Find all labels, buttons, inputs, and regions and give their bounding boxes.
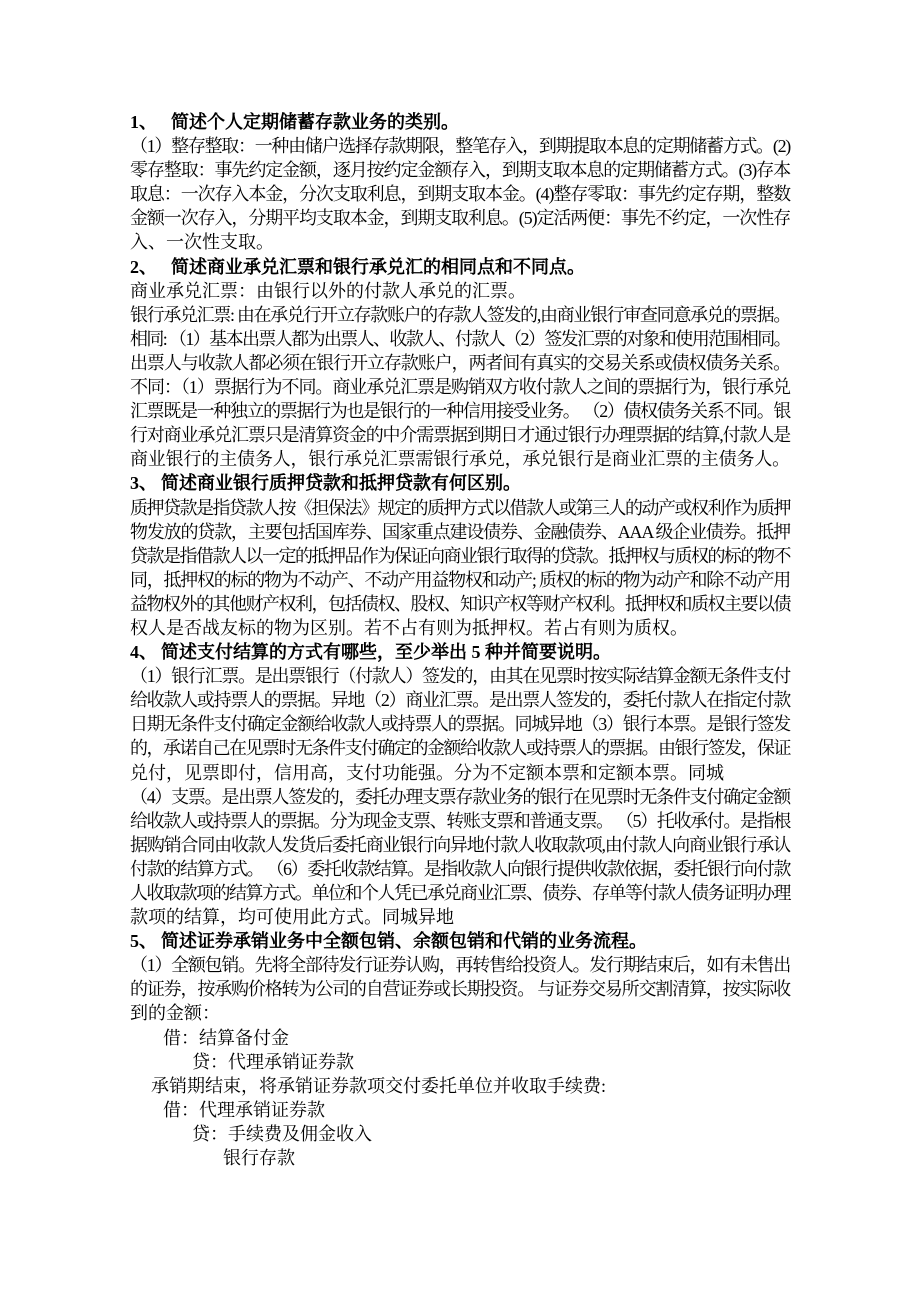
line-text: 出票人与收款人都必须在银行开立存款账户，两者间有真实的交易关系或债权债务关系。 <box>130 351 790 375</box>
line-text: 零存整取：事先约定金额，逐月按约定金额存入，到期支取本息的定期储蓄方式。(3)存… <box>130 158 790 182</box>
text-line: 的证券，按承购价格转为公司的自营证券或长期投资。 与证券交易所交割清算，按实际收 <box>130 977 790 1001</box>
document-page: 1、简述个人定期储蓄存款业务的类别。（1）整存整取：一种由储户选择存款期限，整笔… <box>0 0 920 1302</box>
text-line: 入、一次性支取。 <box>130 230 790 254</box>
ledger-line: 借：结算备付金 <box>130 1026 790 1050</box>
question-number: 5、 <box>130 929 157 953</box>
text-line: （1）银行汇票。是出票银行（付款人）签发的，由其在见票时按实际结算金额无条件支付 <box>130 664 790 688</box>
answer-paragraph: 不同：（1）票据行为不同。商业承兑汇票是购销双方收付款人之间的票据行为，银行承兑… <box>130 375 790 471</box>
qa-section-2: 2、简述商业承兑汇票和银行承兑汇的相同点和不同点。商业承兑汇票：由银行以外的付款… <box>130 255 790 472</box>
text-line: 款项的结算，均可使用此方式。同城异地 <box>130 905 790 929</box>
question-title: 简述支付结算的方式有哪些，至少举出 5 种并简要说明。 <box>161 642 611 662</box>
qa-section-3: 3、简述商业银行质押贷款和抵押贷款有何区别。质押贷款是指贷款人按《担保法》规定的… <box>130 471 790 640</box>
line-text: （4）支票。是出票人签发的，委托办理支票存款业务的银行在见票时无条件支付确定金额 <box>130 785 790 809</box>
line-text: 金额一次存入，分期平均支取本金，到期支取利息。(5)定活两便：事先不约定，一次性… <box>130 206 790 230</box>
line-text: 给收款人或持票人的票据。异地（2）商业汇票。是出票人签发的，委托付款人在指定付款 <box>130 688 790 712</box>
answer-paragraph: 商业承兑汇票：由银行以外的付款人承兑的汇票。 <box>130 279 790 303</box>
text-line: （1）整存整取：一种由储户选择存款期限，整笔存入，到期提取本息的定期储蓄方式。(… <box>130 134 790 158</box>
line-text: 汇票既是一种独立的票据行为也是银行的一种信用接受业务。 （2）债权债务关系不同。… <box>130 399 790 423</box>
ledger-line: 承销期结束，将承销证券款项交付委托单位并收取手续费: <box>130 1074 790 1098</box>
question-number: 3、 <box>130 471 157 495</box>
qa-section-1: 1、简述个人定期储蓄存款业务的类别。（1）整存整取：一种由储户选择存款期限，整笔… <box>130 110 790 255</box>
line-text: 到的金额： <box>130 1001 220 1025</box>
answer-paragraph: （1）银行汇票。是出票银行（付款人）签发的，由其在见票时按实际结算金额无条件支付… <box>130 664 790 784</box>
line-text: 商业银行的主债务人，银行承兑汇票需银行承兑，承兑银行是商业汇票的主债务人。 <box>130 447 790 471</box>
answer-paragraph: 相同: （1）基本出票人都为出票人、收款人、付款人（2）签发汇票的对象和使用范围… <box>130 327 790 375</box>
document-content: 1、简述个人定期储蓄存款业务的类别。（1）整存整取：一种由储户选择存款期限，整笔… <box>130 110 790 1170</box>
question-heading: 3、简述商业银行质押贷款和抵押贷款有何区别。 <box>130 471 790 495</box>
line-text: 人收取款项的结算方式。单位和个人凭已承兑商业汇票、债券、存单等付款人债务证明办理 <box>130 881 790 905</box>
line-text: 商业承兑汇票：由银行以外的付款人承兑的汇票。 <box>130 279 526 303</box>
text-line: 商业银行的主债务人，银行承兑汇票需银行承兑，承兑银行是商业汇票的主债务人。 <box>130 447 790 471</box>
text-line: 益物权外的其他财产权利，包括债权、股权、知识产权等财产权利。抵押权和质权主要以债 <box>130 592 790 616</box>
text-line: 行对商业承兑汇票只是清算资金的中介需票据到期日才通过银行办理票据的结算,付款人是 <box>130 423 790 447</box>
line-text: （1）全额包销。先将全部待发行证券认购，再转售给投资人。发行期结束后，如有未售出 <box>130 953 790 977</box>
question-title: 简述商业承兑汇票和银行承兑汇的相同点和不同点。 <box>171 257 585 277</box>
qa-section-5: 5、简述证券承销业务中全额包销、余额包销和代销的业务流程。（1）全额包销。先将全… <box>130 929 790 1170</box>
text-line: 金额一次存入，分期平均支取本金，到期支取利息。(5)定活两便：事先不约定，一次性… <box>130 206 790 230</box>
text-line: 人收取款项的结算方式。单位和个人凭已承兑商业汇票、债券、存单等付款人债务证明办理 <box>130 881 790 905</box>
question-title: 简述商业银行质押贷款和抵押贷款有何区别。 <box>161 473 521 493</box>
line-text: 贷：代理承销证券款 <box>192 1050 354 1074</box>
qa-section-4: 4、简述支付结算的方式有哪些，至少举出 5 种并简要说明。（1）银行汇票。是出票… <box>130 640 790 929</box>
line-text: 物发放的贷款，主要包括国库券、国家重点建设债券、金融债券、AAA 级企业债券。抵… <box>130 520 790 544</box>
line-text: 的证券，按承购价格转为公司的自营证券或长期投资。 与证券交易所交割清算，按实际收 <box>130 977 790 1001</box>
text-line: 物发放的贷款，主要包括国库券、国家重点建设债券、金融债券、AAA 级企业债券。抵… <box>130 520 790 544</box>
line-text: 借：代理承销证券款 <box>163 1098 325 1122</box>
ledger-line: 银行存款 <box>130 1146 790 1170</box>
question-number: 4、 <box>130 640 157 664</box>
line-text: 款项的结算，均可使用此方式。同城异地 <box>130 905 454 929</box>
line-text: 的，承诺自己在见票时无条件支付确定的金额给收款人或持票人的票据。由银行签发，保证 <box>130 736 790 760</box>
line-text: 不同：（1）票据行为不同。商业承兑汇票是购销双方收付款人之间的票据行为，银行承兑 <box>130 375 790 399</box>
line-text: 给收款人或持票人的票据。分为现金支票、转账支票和普通支票。 （5）托收承付。是指… <box>130 809 790 833</box>
text-line: 日期无条件支付确定金额给收款人或持票人的票据。同城异地（3）银行本票。是银行签发 <box>130 712 790 736</box>
answer-paragraph: （4）支票。是出票人签发的，委托办理支票存款业务的银行在见票时无条件支付确定金额… <box>130 785 790 930</box>
text-line: 给收款人或持票人的票据。异地（2）商业汇票。是出票人签发的，委托付款人在指定付款 <box>130 688 790 712</box>
line-text: 借：结算备付金 <box>163 1026 289 1050</box>
line-text: 银行存款 <box>223 1146 295 1170</box>
question-title: 简述个人定期储蓄存款业务的类别。 <box>171 112 459 132</box>
answer-paragraph: 质押贷款是指贷款人按《担保法》规定的质押方式以借款人或第三人的动产或权利作为质押… <box>130 496 790 641</box>
ledger-line: 贷：代理承销证券款 <box>130 1050 790 1074</box>
text-line: 付款的结算方式。 （6）委托收款结算。是指收款人向银行提供收款依据，委托银行向付… <box>130 857 790 881</box>
text-line: 汇票既是一种独立的票据行为也是银行的一种信用接受业务。 （2）债权债务关系不同。… <box>130 399 790 423</box>
line-text: 日期无条件支付确定金额给收款人或持票人的票据。同城异地（3）银行本票。是银行签发 <box>130 712 790 736</box>
line-text: 益物权外的其他财产权利，包括债权、股权、知识产权等财产权利。抵押权和质权主要以债 <box>130 592 790 616</box>
line-text: 行对商业承兑汇票只是清算资金的中介需票据到期日才通过银行办理票据的结算,付款人是 <box>130 423 790 447</box>
line-text: （1）整存整取：一种由储户选择存款期限，整笔存入，到期提取本息的定期储蓄方式。(… <box>130 134 790 158</box>
text-line: 质押贷款是指贷款人按《担保法》规定的质押方式以借款人或第三人的动产或权利作为质押 <box>130 496 790 520</box>
text-line: 出票人与收款人都必须在银行开立存款账户，两者间有真实的交易关系或债权债务关系。 <box>130 351 790 375</box>
text-line: 取息：一次存入本金，分次支取利息，到期支取本金。(4)整存零取：事先约定存期，整… <box>130 182 790 206</box>
text-line: （1）全额包销。先将全部待发行证券认购，再转售给投资人。发行期结束后，如有未售出 <box>130 953 790 977</box>
question-title: 简述证券承销业务中全额包销、余额包销和代销的业务流程。 <box>161 931 647 951</box>
question-heading: 2、简述商业承兑汇票和银行承兑汇的相同点和不同点。 <box>130 255 790 279</box>
text-line: 权人是否战友标的物为区别。若不占有则为抵押权。若占有则为质权。 <box>130 616 790 640</box>
line-text: 贷款是指借款人以一定的抵押品作为保证向商业银行取得的贷款。抵押权与质权的标的物不 <box>130 544 790 568</box>
question-heading: 4、简述支付结算的方式有哪些，至少举出 5 种并简要说明。 <box>130 640 790 664</box>
text-line: 同，抵押权的标的物为不动产、不动产用益物权和动产; 质权的标的物为动产和除不动产… <box>130 568 790 592</box>
line-text: 承销期结束，将承销证券款项交付委托单位并收取手续费: <box>151 1074 606 1098</box>
text-line: 相同: （1）基本出票人都为出票人、收款人、付款人（2）签发汇票的对象和使用范围… <box>130 327 790 351</box>
text-line: 兑付，见票即付，信用高，支付功能强。分为不定额本票和定额本票。同城 <box>130 761 790 785</box>
answer-paragraph: （1）全额包销。先将全部待发行证券认购，再转售给投资人。发行期结束后，如有未售出… <box>130 953 790 1025</box>
line-text: 入、一次性支取。 <box>130 230 274 254</box>
line-text: 银行承兑汇票: 由在承兑行开立存款账户的存款人签发的,由商业银行审查同意承兑的票… <box>130 303 790 327</box>
answer-paragraph: （1）整存整取：一种由储户选择存款期限，整笔存入，到期提取本息的定期储蓄方式。(… <box>130 134 790 254</box>
line-text: 据购销合同由收款人发货后委托商业银行向异地付款人收取款项,由付款人向商业银行承认 <box>130 833 790 857</box>
ledger-line: 借：代理承销证券款 <box>130 1098 790 1122</box>
text-line: 零存整取：事先约定金额，逐月按约定金额存入，到期支取本息的定期储蓄方式。(3)存… <box>130 158 790 182</box>
ledger-line: 贷：手续费及佣金收入 <box>130 1122 790 1146</box>
text-line: 贷款是指借款人以一定的抵押品作为保证向商业银行取得的贷款。抵押权与质权的标的物不 <box>130 544 790 568</box>
line-text: 取息：一次存入本金，分次支取利息，到期支取本金。(4)整存零取：事先约定存期，整… <box>130 182 790 206</box>
answer-paragraph: 银行承兑汇票: 由在承兑行开立存款账户的存款人签发的,由商业银行审查同意承兑的票… <box>130 303 790 327</box>
text-line: 据购销合同由收款人发货后委托商业银行向异地付款人收取款项,由付款人向商业银行承认 <box>130 833 790 857</box>
line-text: 同，抵押权的标的物为不动产、不动产用益物权和动产; 质权的标的物为动产和除不动产… <box>130 568 790 592</box>
question-heading: 1、简述个人定期储蓄存款业务的类别。 <box>130 110 790 134</box>
text-line: 给收款人或持票人的票据。分为现金支票、转账支票和普通支票。 （5）托收承付。是指… <box>130 809 790 833</box>
text-line: 银行承兑汇票: 由在承兑行开立存款账户的存款人签发的,由商业银行审查同意承兑的票… <box>130 303 790 327</box>
text-line: 的，承诺自己在见票时无条件支付确定的金额给收款人或持票人的票据。由银行签发，保证 <box>130 736 790 760</box>
question-heading: 5、简述证券承销业务中全额包销、余额包销和代销的业务流程。 <box>130 929 790 953</box>
question-number: 2、 <box>130 255 157 279</box>
line-text: 贷：手续费及佣金收入 <box>192 1122 372 1146</box>
text-line: 不同：（1）票据行为不同。商业承兑汇票是购销双方收付款人之间的票据行为，银行承兑 <box>130 375 790 399</box>
text-line: （4）支票。是出票人签发的，委托办理支票存款业务的银行在见票时无条件支付确定金额 <box>130 785 790 809</box>
line-text: 付款的结算方式。 （6）委托收款结算。是指收款人向银行提供收款依据，委托银行向付… <box>130 857 790 881</box>
line-text: 权人是否战友标的物为区别。若不占有则为抵押权。若占有则为质权。 <box>130 616 688 640</box>
text-line: 商业承兑汇票：由银行以外的付款人承兑的汇票。 <box>130 279 790 303</box>
line-text: 兑付，见票即付，信用高，支付功能强。分为不定额本票和定额本票。同城 <box>130 761 724 785</box>
line-text: 相同: （1）基本出票人都为出票人、收款人、付款人（2）签发汇票的对象和使用范围… <box>130 327 790 351</box>
text-line: 到的金额： <box>130 1001 790 1025</box>
line-text: 质押贷款是指贷款人按《担保法》规定的质押方式以借款人或第三人的动产或权利作为质押 <box>130 496 790 520</box>
question-number: 1、 <box>130 110 157 134</box>
line-text: （1）银行汇票。是出票银行（付款人）签发的，由其在见票时按实际结算金额无条件支付 <box>130 664 790 688</box>
